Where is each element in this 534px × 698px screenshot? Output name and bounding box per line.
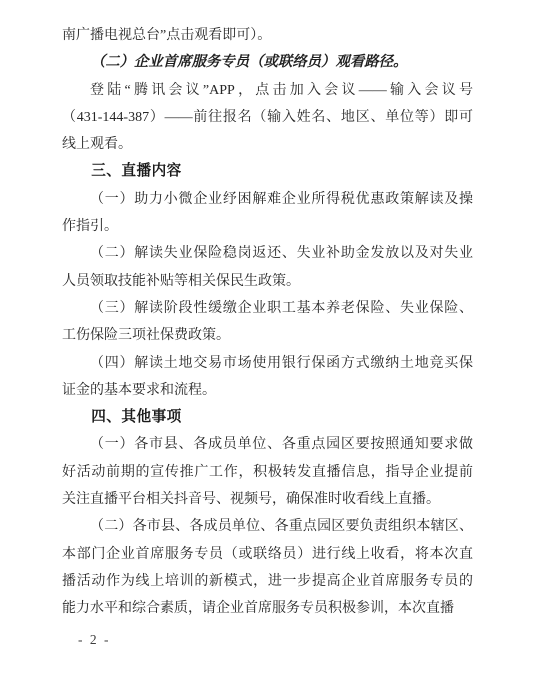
document-body: 南广播电视总台”点击观看即可）。（二）企业首席服务专员（或联络员）观看路径。登陆… xyxy=(62,22,473,623)
paragraph-line: 能力水平和综合素质，请企业首席服务专员积极参训，本次直播 xyxy=(62,595,473,622)
paragraph-line: 登陆“腾讯会议”APP，点击加入会议——输入会议号 xyxy=(62,77,473,104)
paragraph-line: 关注直播平台相关抖音号、视频号，确保准时收看线上直播。 xyxy=(62,486,473,513)
paragraph-line: （一）各市县、各成员单位、各重点园区要按照通知要求做 xyxy=(62,431,473,458)
paragraph-line: （四）解读土地交易市场使用银行保函方式缴纳土地竞买保 xyxy=(62,350,473,377)
page-number: - 2 - xyxy=(78,632,111,648)
document-page: 南广播电视总台”点击观看即可）。（二）企业首席服务专员（或联络员）观看路径。登陆… xyxy=(0,0,534,698)
paragraph-line: （三）解读阶段性缓缴企业职工基本养老保险、失业保险、 xyxy=(62,295,473,322)
paragraph-line: 南广播电视总台”点击观看即可）。 xyxy=(62,22,473,49)
paragraph-line: 工伤保险三项社保费政策。 xyxy=(62,322,473,349)
paragraph-line: （431-144-387）——前往报名（输入姓名、地区、单位等）即可 xyxy=(62,104,473,131)
paragraph-line: 好活动前期的宣传推广工作，积极转发直播信息，指导企业提前 xyxy=(62,459,473,486)
paragraph-line: 播活动作为线上培训的新模式，进一步提高企业首席服务专员的 xyxy=(62,568,473,595)
paragraph-line: 人员领取技能补贴等相关保民生政策。 xyxy=(62,268,473,295)
paragraph-line: 作指引。 xyxy=(62,213,473,240)
heading-line: 四、其他事项 xyxy=(62,404,473,431)
paragraph-line: （二）解读失业保险稳岗返还、失业补助金发放以及对失业 xyxy=(62,240,473,267)
paragraph-line: （一）助力小微企业纾困解难企业所得税优惠政策解读及操 xyxy=(62,186,473,213)
paragraph-line: （二）各市县、各成员单位、各重点园区要负责组织本辖区、 xyxy=(62,513,473,540)
paragraph-line: 本部门企业首席服务专员（或联络员）进行线上收看，将本次直 xyxy=(62,541,473,568)
paragraph-line: 证金的基本要求和流程。 xyxy=(62,377,473,404)
paragraph-line: 线上观看。 xyxy=(62,131,473,158)
heading-line: （二）企业首席服务专员（或联络员）观看路径。 xyxy=(62,49,473,76)
heading-line: 三、直播内容 xyxy=(62,158,473,185)
